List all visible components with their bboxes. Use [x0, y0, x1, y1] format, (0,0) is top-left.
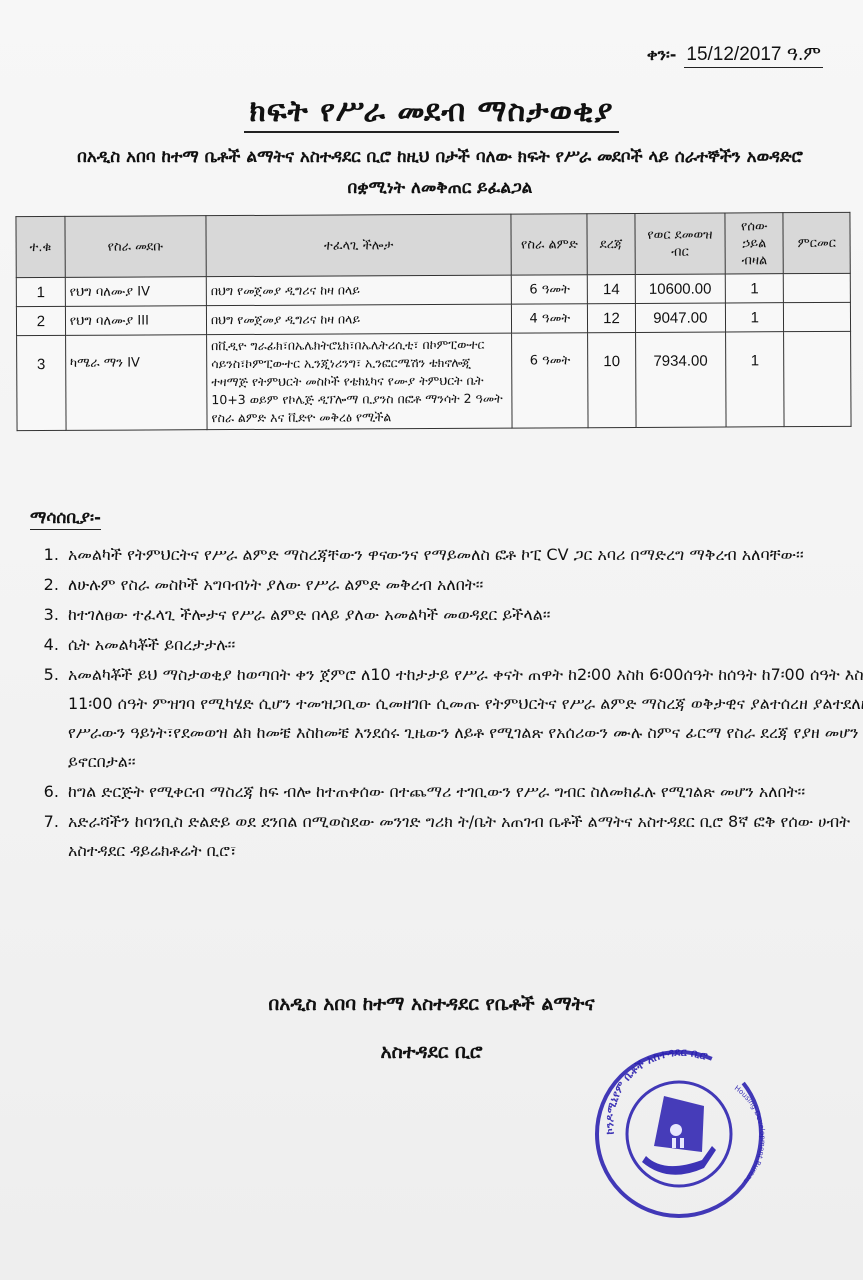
cell-no: 2: [16, 306, 65, 335]
cell-grade: 10: [588, 332, 636, 427]
cell-position: የህግ ባለሙያ III: [65, 306, 206, 336]
cell-requirements: በህግ የመጀመያ ዲግሪና ከዛ በላይ: [206, 275, 511, 306]
date-label: ቀን፡-: [647, 45, 677, 65]
notes-heading-text: ማሳሰቢያ፡-: [30, 508, 101, 530]
document-page: ቀን፡- 15/12/2017 ዓ.ም ክፍት የሥራ መደብ ማስታወቂያ በ…: [0, 0, 863, 1280]
note-item: አድራሻችን ከባንቢስ ድልድይ ወደ ደንበል በሚወስደው መንገድ ግሪ…: [64, 807, 863, 865]
svg-text:Housing Development Bureau: Housing Development Bureau: [733, 1084, 767, 1185]
date-line: ቀን፡- 15/12/2017 ዓ.ም: [647, 44, 823, 68]
cell-position: ካሜራ ማን IV: [65, 335, 207, 431]
cell-salary: 9047.00: [635, 303, 726, 332]
cell-remarks: [784, 302, 851, 331]
cell-grade: 12: [588, 303, 635, 332]
table-row: 3 ካሜራ ማን IV በቪዲዮ ግራፊክ፣በኤሌክትሮኒክ፣በኤሌትሪሲቲ፣ …: [17, 331, 851, 430]
notes-list: አመልካች የትምህርትና የሥራ ልምድ ማስረጃቸውን ዋናውንና የማይመ…: [28, 540, 863, 866]
cell-remarks: [784, 331, 851, 426]
cell-salary: 7934.00: [635, 332, 726, 427]
header-experience: የስራ ልምድ: [511, 214, 588, 275]
header-quantity: የሰው ኃይል ብዛል: [725, 213, 783, 274]
cell-no: 1: [16, 277, 65, 306]
cell-experience: 4 ዓመት: [512, 304, 588, 333]
cell-grade: 14: [588, 274, 635, 303]
cell-requirements: በህግ የመጀመያ ዲግሪና ከዛ በላይ: [206, 304, 511, 335]
note-item: አመልካቾች ይህ ማስታወቂያ ከወጣበት ቀን ጀምሮ ለ10 ተከታታይ …: [64, 660, 863, 776]
note-item: አመልካች የትምህርትና የሥራ ልምድ ማስረጃቸውን ዋናውንና የማይመ…: [64, 540, 863, 569]
cell-no: 3: [17, 335, 66, 430]
cell-quantity: 1: [725, 274, 783, 303]
cell-quantity: 1: [726, 332, 785, 427]
official-stamp-icon: ኮንዶሚኒየም ቤቶች አስተዳደር ቢሮ Housing Developmen…: [584, 1034, 774, 1220]
header-requirements: ተፈላጊ ችሎታ: [206, 214, 511, 277]
header-position: የስራ መደቡ: [65, 216, 207, 278]
intro-paragraph: በአዲስ አበባ ከተማ ቤቶች ልማትና አስተዳደር ቢሮ ከዚህ በታች …: [60, 142, 820, 204]
title-text: ክፍት የሥራ መደብ ማስታወቂያ: [244, 94, 620, 133]
page-title: ክፍት የሥራ መደብ ማስታወቂያ: [0, 94, 863, 129]
cell-experience: 6 ዓመት: [512, 333, 589, 428]
date-value: 15/12/2017 ዓ.ም: [684, 44, 823, 68]
cell-quantity: 1: [726, 303, 784, 332]
note-item: ለሁሉም የስራ መስኮች አግባብነት ያለው የሥራ ልምድ መቅረብ አለ…: [64, 570, 863, 599]
note-item: ከግል ድርጅት የሚቀርብ ማስረጃ ከፍ ብሎ ከተጠቀሰው በተጨማሪ ተ…: [64, 777, 863, 806]
signature-line-1: በአዲስ አበባ ከተማ አስተዳደር የቤቶች ልማትና: [0, 980, 863, 1028]
note-item: ከተገለፀው ተፈላጊ ችሎታና የሥራ ልምድ በላይ ያለው አመልካች መ…: [64, 600, 863, 629]
cell-experience: 6 ዓመት: [511, 275, 587, 304]
table-row: 1 የህግ ባለሙያ IV በህግ የመጀመያ ዲግሪና ከዛ በላይ 6 ዓመ…: [16, 273, 850, 306]
note-item: ሴት አመልካቾች ይበረታታሉ፡፡: [64, 630, 863, 659]
cell-salary: 10600.00: [635, 274, 726, 303]
header-salary: የወር ደመወዝ ብር: [634, 213, 725, 274]
vacancy-table: ተ.ቁ የስራ መደቡ ተፈላጊ ችሎታ የስራ ልምድ ደረጃ የወር ደመወ…: [15, 212, 851, 431]
cell-position: የህግ ባለሙያ IV: [65, 277, 206, 307]
notes-heading: ማሳሰቢያ፡-: [30, 508, 101, 528]
cell-requirements: በቪዲዮ ግራፊክ፣በኤሌክትሮኒክ፣በኤሌትሪሲቲ፣ በኮምፒውተር ሳይንስ…: [207, 333, 513, 430]
table-row: 2 የህግ ባለሙያ III በህግ የመጀመያ ዲግሪና ከዛ በላይ 4 ዓ…: [16, 302, 850, 335]
header-remarks: ምርመር: [783, 212, 850, 273]
header-no: ተ.ቁ: [16, 216, 65, 277]
table-header-row: ተ.ቁ የስራ መደቡ ተፈላጊ ችሎታ የስራ ልምድ ደረጃ የወር ደመወ…: [16, 212, 850, 277]
stamp-text-side: Housing Development Bureau: [733, 1084, 767, 1185]
header-grade: ደረጃ: [587, 213, 634, 274]
cell-remarks: [784, 273, 851, 302]
